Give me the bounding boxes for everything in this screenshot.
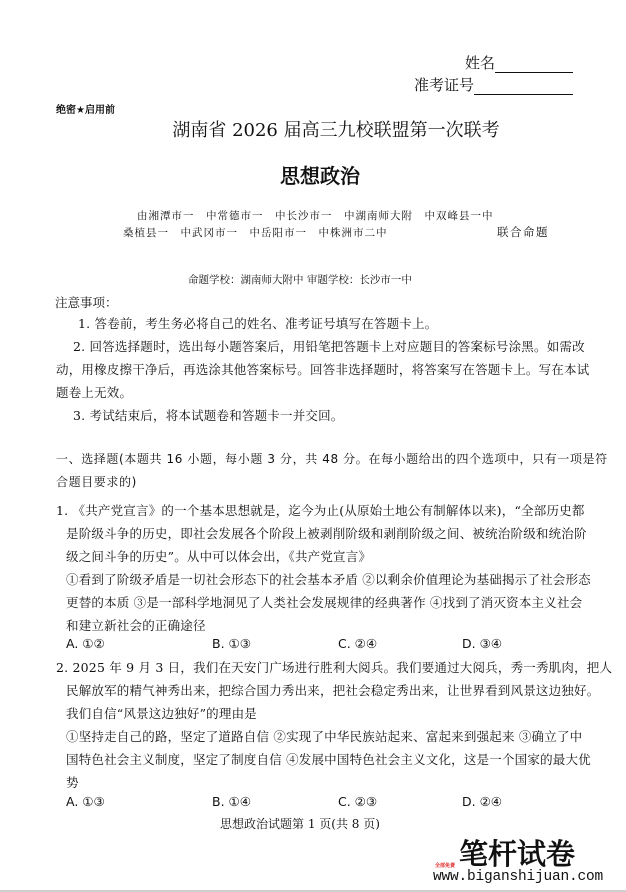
exam-title: 湖南省 2026 届高三九校联盟第一次联考 [0, 116, 626, 142]
question-2-stem-line-1: 2. 2025 年 9 月 3 日，我们在天安门广场进行胜利大阅兵。我们要通过大… [56, 660, 612, 676]
question-2-items-line-2: 国特色社会主义制度，坚定了制度自信 ④发展中国特色社会主义文化，这是一个国家的最… [66, 752, 591, 768]
question-2-stem-line-3: 我们自信“风景这边独好”的理由是 [66, 706, 257, 722]
question-1-option-c[interactable]: C. ②④ [338, 636, 377, 651]
exam-number-blank[interactable] [474, 80, 573, 95]
question-2-option-a[interactable]: A. ①③ [66, 794, 105, 809]
notice-heading: 注意事项： [55, 293, 118, 311]
question-1-items-line-2: 更替的本质 ③是一部科学地洞见了人类社会发展规律的经典著作 ④找到了消灭资本主义… [66, 595, 582, 611]
page-info: 思想政治试题第 1 页(共 8 页) [220, 815, 380, 832]
notice-item-2-line-1: 2. 回答选择题时，选出每小题答案后，用铅笔把答题卡上对应题目的答案标号涂黑。如… [73, 339, 585, 355]
schools-line-1: 由湘潭市一 中常德市一 中长沙市一 中湖南师大附 中双峰县一中 [137, 208, 494, 223]
question-1-stem-line-2: 是阶级斗争的历史，即社会发展各个阶段上被剥削阶级和剥削阶级之间、被统治阶级和统治… [66, 526, 587, 542]
question-2-items-line-3: 势 [66, 775, 79, 791]
question-2-items-line-1: ①坚持走自己的路，坚定了道路自信 ②实现了中华民族站起来、富起来到强起来 ③确立… [66, 729, 582, 745]
question-1-option-a[interactable]: A. ①② [66, 636, 105, 651]
exam-number-field[interactable]: 准考证号 [414, 74, 573, 95]
question-1-option-b[interactable]: B. ①③ [212, 636, 251, 651]
section-heading-line-1: 一、选择题(本题共 16 小题，每小题 3 分，共 48 分。在每小题给出的四个… [56, 451, 608, 467]
notice-item-3: 3. 考试结束后，将本试题卷和答题卡一并交回。 [73, 408, 344, 424]
question-1-items-line-3: 和建立新社会的正确途径 [66, 618, 206, 634]
watermark-url: www.biganshijuan.com [433, 869, 603, 885]
watermark-brand: 笔杆试卷 [459, 832, 575, 873]
watermark-tag: 全部免费 [435, 862, 455, 869]
question-2-option-d[interactable]: D. ②④ [462, 794, 502, 809]
notice-item-1: 1. 答卷前，考生务必将自己的姓名、准考证号填写在答题卡上。 [78, 316, 437, 332]
question-1-items-line-1: ①看到了阶级矛盾是一切社会形态下的社会基本矛盾 ②以剩余价值理论为基础揭示了社会… [66, 572, 591, 588]
name-label: 姓名 [465, 54, 495, 72]
subject-title: 思想政治 [0, 160, 626, 189]
joint-label: 联合命题 [497, 224, 549, 240]
question-1-option-d[interactable]: D. ③④ [462, 636, 502, 651]
exam-number-label: 准考证号 [414, 76, 474, 94]
notice-item-2-line-3: 题卷上无效。 [56, 385, 132, 401]
question-2-stem-line-2: 民解放军的精气神秀出来，把综合国力秀出来，把社会稳定秀出来，让世界看到风景这边独… [66, 683, 599, 699]
question-1-stem-line-3: 级之间斗争的历史”。从中可以体会出，《共产党宣言》 [66, 549, 371, 565]
section-heading-line-2: 合题目要求的) [56, 474, 137, 490]
notice-item-2-line-2: 动，用橡皮擦干净后，再选涂其他答案标号。回答非选择题时，将答案写在答题卡上。写在… [56, 362, 589, 378]
name-blank[interactable] [495, 58, 573, 73]
watermark: 全部免费 笔杆试卷 www.biganshijuan.com [433, 836, 623, 890]
name-field[interactable]: 姓名 [465, 52, 573, 73]
question-2-option-b[interactable]: B. ①④ [212, 794, 251, 809]
secret-mark: 绝密★启用前 [56, 101, 115, 116]
setter-line: 命题学校：湖南师大附中 审题学校：长沙市一中 [188, 272, 412, 287]
question-2-option-c[interactable]: C. ②③ [338, 794, 377, 809]
question-1-stem-line-1: 1. 《共产党宣言》的一个基本思想就是，迄今为止(从原始土地公有制解体以来)，“… [56, 503, 585, 519]
schools-line-2: 桑植县一 中武冈市一 中岳阳市一 中株洲市二中 [123, 225, 388, 240]
